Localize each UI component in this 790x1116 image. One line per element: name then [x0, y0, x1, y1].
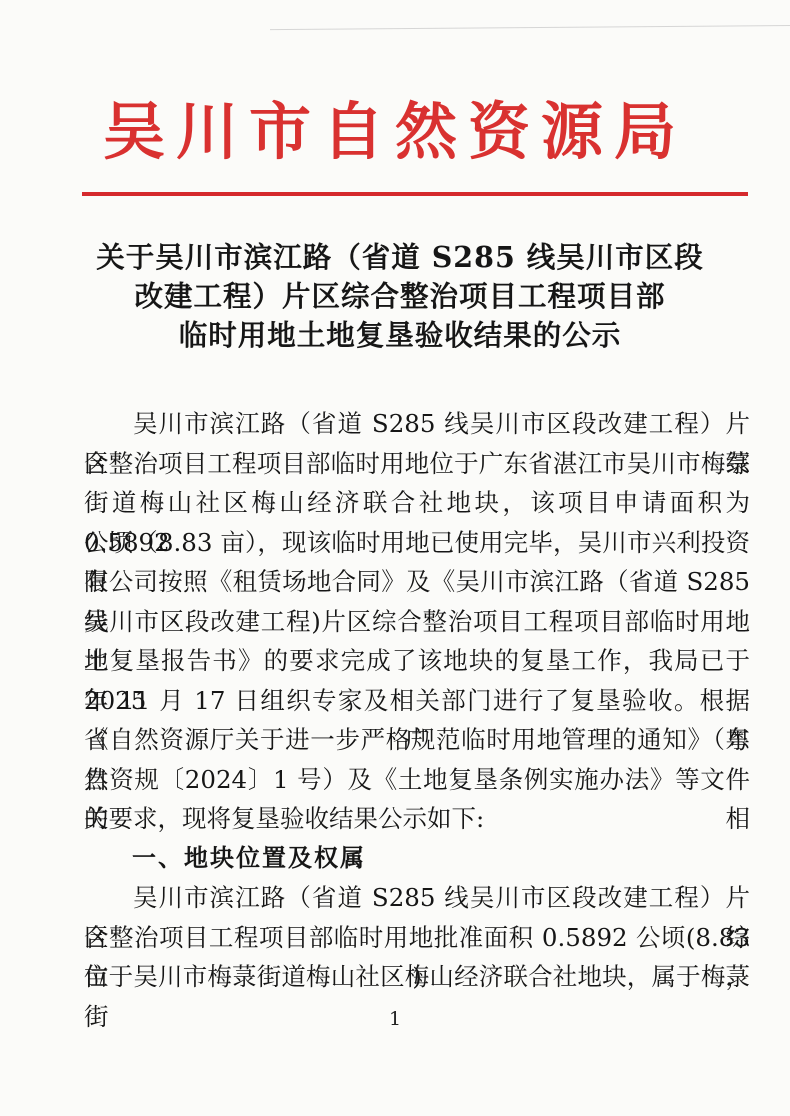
body-line: 合整治项目工程项目部临时用地位于广东省湛江市吴川市梅菉: [84, 444, 750, 484]
document-page: 吴川市自然资源局 关于吴川市滨江路（省道 S285 线吴川市区段 改建工程）片区…: [0, 0, 790, 1116]
body-line: 位于吴川市梅菉街道梅山社区梅山经济联合社地块，属于梅菉街: [84, 957, 750, 997]
body-line: 地复垦报告书》的要求完成了该地块的复垦工作，我局已于 2025: [84, 641, 750, 681]
body-line: 限公司按照《租赁场地合同》及《吴川市滨江路（省道 S285 线: [84, 562, 750, 602]
document-body: 吴川市滨江路（省道 S285 线吴川市区段改建工程）片区综 合整治项目工程项目部…: [84, 404, 750, 997]
body-line: 年 11 月 17 日组织专家及相关部门进行了复垦验收。根据《广东: [84, 681, 750, 721]
document-title-line: 关于吴川市滨江路（省道 S285 线吴川市区段: [75, 238, 725, 277]
body-line: 合整治项目工程项目部临时用地批准面积 0.5892 公顷(8.83 亩)，: [84, 918, 750, 958]
letterhead-title: 吴川市自然资源局: [0, 98, 790, 166]
document-title-line: 改建工程）片区综合整治项目工程项目部: [75, 277, 725, 316]
document-title: 关于吴川市滨江路（省道 S285 线吴川市区段 改建工程）片区综合整治项目工程项…: [75, 238, 725, 355]
body-line: 吴川市区段改建工程)片区综合整治项目工程项目部临时用地土: [84, 602, 750, 642]
body-line: 省自然资源厅关于进一步严格规范临时用地管理的通知》（粤自: [84, 720, 750, 760]
document-title-line: 临时用地土地复垦验收结果的公示: [75, 316, 725, 355]
scan-artifact-line: [270, 25, 790, 30]
body-line: 公顷（8.83 亩），现该临时用地已使用完毕，吴川市兴利投资有: [84, 523, 750, 563]
body-line: 街道梅山社区梅山经济联合社地块，该项目申请面积为 0.5892: [84, 483, 750, 523]
body-line: 吴川市滨江路（省道 S285 线吴川市区段改建工程）片区综: [84, 878, 750, 918]
body-line: 吴川市滨江路（省道 S285 线吴川市区段改建工程）片区综: [84, 404, 750, 444]
body-line: 然资规〔2024〕1 号）及《土地复垦条例实施办法》等文件的相: [84, 760, 750, 800]
section-heading: 一、地块位置及权属: [84, 839, 750, 879]
letterhead-divider: [82, 192, 748, 196]
page-number: 1: [0, 1008, 790, 1030]
